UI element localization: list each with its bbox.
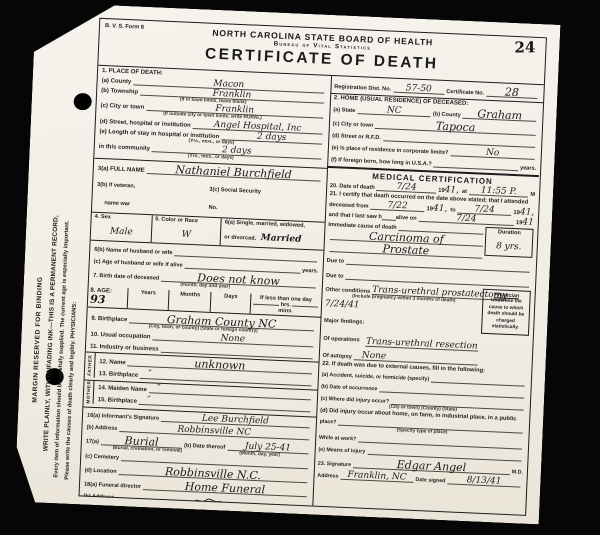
dod-value: 7/24 [396,183,417,193]
ssn-label: 3(c) Social Security [209,187,261,195]
marital-label2: or divorced. [224,234,256,241]
home-city-value: Tapoca [436,121,476,134]
race-cell: 5. Color or Race W [151,215,222,245]
duration-label: Duration [487,229,531,237]
cause-value-2: Prostate [382,244,429,257]
ssn-label2: No. [208,205,217,211]
md-label: M.D. [512,469,523,475]
stay-value: 2 days [257,132,287,142]
page-number-stamp: 24 [515,38,536,56]
informant-sig-value: Lee Burchfield [202,414,269,426]
informant-section: 16(a) Informant's Signature Lee Burchfie… [79,406,316,516]
other-conditions-block: Other conditions Trans-urethral prostate… [322,279,531,367]
punch-hole-top [73,92,93,111]
physician-instruction-box: Physician Underline the cause to which d… [481,289,531,335]
external-causes-section: 22. If death was due to external causes,… [317,360,527,487]
filed-b-label: (b) [166,511,173,516]
funeral-director-value: Home Funeral [185,481,266,495]
certificate-no-value: 28 [505,87,519,99]
physician-sig-label: 23. Signature [318,460,351,467]
race-value: W [182,230,192,240]
county-label: (a) County [101,78,131,85]
registration-dist-label: Registration Dist. No. [334,84,391,92]
sex-cell: 4. Sex Male [91,213,153,243]
physician-box-body: Underline the cause to which death shoul… [483,298,528,332]
other-conditions-lines: Other conditions Trans-urethral prostate… [322,279,483,365]
certify-from-value: 7/22 [387,202,408,212]
dod-label: 20. Date of death [330,183,375,191]
years-col: Years [127,289,170,311]
address-scribble [191,496,231,506]
informant-addr-label: (b) Address [86,424,117,431]
certificate-no-label: Certificate No. [446,89,484,97]
mother-birthplace-label: 15. Birthplace [98,397,138,405]
due-label-1: Due to [327,258,345,265]
margin-physicians-text: Please write the causes of death clearly… [64,302,78,480]
means-label: (e) Means of injury [318,446,365,454]
autopsy-value: None [362,351,387,361]
work-label: While at work? [319,434,357,442]
filed-num: 19(a) [83,507,96,514]
margin-binding-text: MARGIN RESERVED FOR BINDING [32,276,45,403]
cause-lines: Immediate cause of death Carcinoma of Pr… [327,218,486,259]
registrar-signature: Reg Cunningham [192,507,289,516]
registrar-label: Registrar [83,513,308,515]
duration-rail: Duration 8 yrs. [484,225,533,261]
filed-year-value: 41 [151,508,163,515]
certify-to-value: 7/24 [474,206,495,216]
informant-sig-label: 16(a) Informant's Signature [87,412,159,421]
cemetery-label: (c) Cemetery [85,453,119,460]
days-col: Days [211,292,251,314]
filed-year-prefix: 19 [145,510,151,516]
physician-addr-value: Franklin, NC [347,471,407,483]
place-label: place? [320,419,337,426]
death-certificate-form: B. V. S. Form 8 NORTH CAROLINA STATE BOA… [78,18,546,516]
physician-addr-label: Address [317,472,338,479]
home-section: 2. HOME (USUAL RESIDENCE) OF DECEASED: (… [327,93,543,172]
full-name-section: 3(a) FULL NAME Nathaniel Burchfield 3(b)… [92,158,327,219]
home-county-value: Graham [477,108,522,121]
ssn-field: 3(c) Social Security No. [208,178,322,219]
operations-value: Trans-urethral resection [366,337,478,351]
home-street-label: (d) Street or R.F.D. [332,133,381,141]
mother-maiden-value: ″ [157,384,161,393]
mother-maiden-label: 14. Maiden Name [98,385,147,393]
veteran-label: 3(b) If veteran, [97,182,135,190]
age-years-value: 93 [90,293,106,307]
to-year-value: 41, [520,209,535,219]
findings-labels: Major findings: Of operations [323,308,365,346]
dod-time-value: 11:55 P. [481,187,517,198]
left-column: 1. PLACE OF DEATH: (a) County Macon (b) … [79,66,331,507]
location-value: Robbinsville N.C. [165,466,261,481]
veteran-label2: name war [96,200,130,207]
hrs-fill [253,304,279,306]
veteran-field: 3(b) If veteran, name war [96,173,210,214]
father-name-value: unknown [194,358,245,371]
scan-background: MARGIN RESERVED FOR BINDING WRITE PLAINL… [0,0,600,535]
findings-label: Major findings: [324,317,364,325]
physician-rail: Physician Underline the cause to which d… [480,286,531,367]
operations-label: Of operations [323,335,360,343]
location-label: (d) Location [84,467,116,474]
filed-label: Filed [126,509,139,516]
major-findings-row: Major findings: Of operations Trans-uret… [323,308,482,351]
duration-value: 8 yrs. [496,242,522,253]
informant-addr-value: Robbinsville NC [177,425,251,437]
date-signed-label: Date signed [415,477,445,484]
form-columns: 1. PLACE OF DEATH: (a) County Macon (b) … [79,66,543,516]
mins-label: mins. [278,308,293,315]
autopsy-label: Of autopsy [322,352,351,359]
home-years-suffix: years. [520,165,536,172]
home-corporate-value: No [486,149,500,159]
dod-at-label: at [462,189,467,195]
dod-m-label: M [530,192,535,198]
right-column: Registration Dist. No. 57-50 Certificate… [313,76,544,516]
certificate-paper: MARGIN RESERVED FOR BINDING WRITE PLAINL… [14,2,560,524]
mother-birthplace-value: ″ [147,396,151,405]
funeral-addr-label: (b) Address [83,493,114,500]
father-name-label: 12. Name [99,359,126,366]
certify-to-label: to [450,208,456,214]
home-state-value: NC [387,106,402,116]
home-city-label: (c) City or town [333,121,374,129]
physician-signature: Edgar Angel [397,459,467,473]
age-cell: 8. AGE: 93 [88,287,128,309]
duration-box: Duration 8 yrs. [484,227,533,258]
occupation-label: 10. Usual occupation [90,331,150,340]
marital-label: 6(a) Single, married, widowed, [225,220,323,230]
funeral-director-label: 18(a) Funeral director [84,481,141,489]
date-signed-value: 8/13/41 [466,476,501,487]
months-col: Months [169,290,212,312]
occurrence-label: (b) Date of occurrence [321,384,377,392]
less-than-day-cell: If less than one day hrs. mins. [250,294,321,317]
years-suffix: years. [302,268,318,275]
sex-value: Male [110,227,133,238]
filed-row: 19(a) Filed 19 41 (b) Reg Cunningham [83,502,308,515]
father-birthplace-value: ″ [148,370,152,379]
marital-value: Married [260,233,301,245]
home-county-label: (b) County [433,111,461,118]
occupation-value: None [220,334,245,344]
home-state-label: (a) State [333,107,355,114]
spouse-age-label: (c) Age of husband or wife if alive [94,259,183,269]
registration-dist-value: 57-50 [406,84,432,94]
filed-date-stamp-blob [97,504,124,516]
dod-year-value: 41, [444,186,459,196]
spouse-label: 6(b) Name of husband or wife [94,247,173,256]
father-birthplace-label: 13. Birthplace [99,371,139,379]
mins-fill [292,306,318,308]
marital-cell: 6(a) Single, married, widowed, or divorc… [221,218,324,249]
